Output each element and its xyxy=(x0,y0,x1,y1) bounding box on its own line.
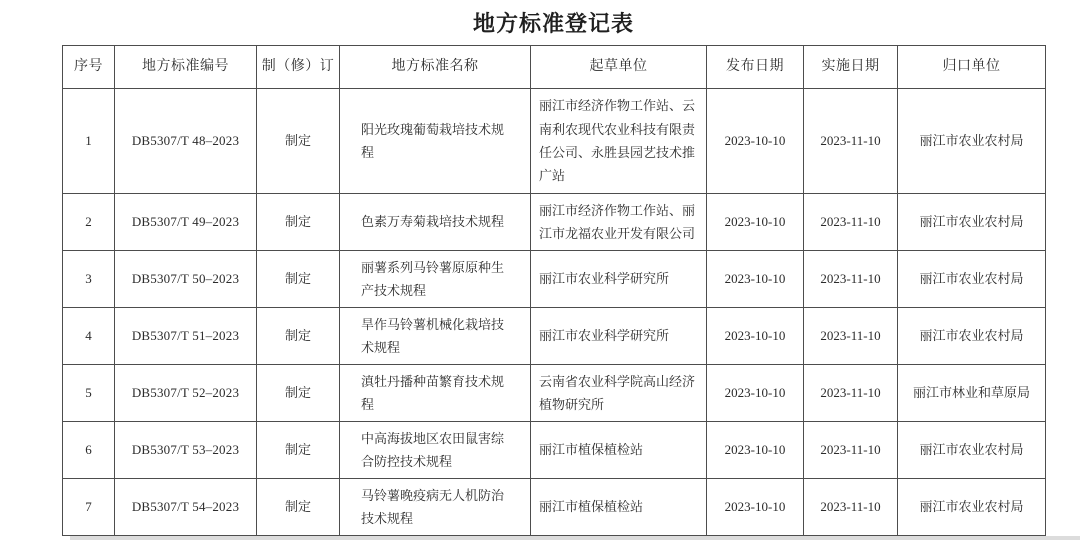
cell-standard-name: 阳光玫瑰葡萄栽培技术规程 xyxy=(340,89,531,194)
cell-publish-date: 2023-10-10 xyxy=(707,251,804,308)
cell-authority-unit: 丽江市农业农村局 xyxy=(898,422,1046,479)
cell-revision-type: 制定 xyxy=(257,89,340,194)
header-authority-unit: 归口单位 xyxy=(898,46,1046,89)
cell-drafting-unit: 丽江市农业科学研究所 xyxy=(531,308,707,365)
cell-standard-name: 马铃薯晚疫病无人机防治技术规程 xyxy=(340,479,531,536)
cell-drafting-unit: 丽江市经济作物工作站、丽江市龙福农业开发有限公司 xyxy=(531,194,707,251)
table-row: 1 DB5307/T 48–2023 制定 阳光玫瑰葡萄栽培技术规程 丽江市经济… xyxy=(63,89,1046,194)
cell-drafting-unit: 云南省农业科学院高山经济植物研究所 xyxy=(531,365,707,422)
cell-standard-name: 丽薯系列马铃薯原原种生产技术规程 xyxy=(340,251,531,308)
cell-revision-type: 制定 xyxy=(257,194,340,251)
cell-serial: 2 xyxy=(63,194,115,251)
cell-publish-date: 2023-10-10 xyxy=(707,422,804,479)
cell-serial: 3 xyxy=(63,251,115,308)
cell-drafting-unit: 丽江市植保植检站 xyxy=(531,479,707,536)
cell-authority-unit: 丽江市农业农村局 xyxy=(898,194,1046,251)
cell-publish-date: 2023-10-10 xyxy=(707,479,804,536)
header-standard-code: 地方标准编号 xyxy=(115,46,257,89)
cell-drafting-unit: 丽江市植保植检站 xyxy=(531,422,707,479)
cell-authority-unit: 丽江市林业和草原局 xyxy=(898,365,1046,422)
cell-implement-date: 2023-11-10 xyxy=(804,365,898,422)
cell-implement-date: 2023-11-10 xyxy=(804,89,898,194)
cell-implement-date: 2023-11-10 xyxy=(804,251,898,308)
cell-authority-unit: 丽江市农业农村局 xyxy=(898,89,1046,194)
cell-publish-date: 2023-10-10 xyxy=(707,194,804,251)
table-row: 4 DB5307/T 51–2023 制定 旱作马铃薯机械化栽培技术规程 丽江市… xyxy=(63,308,1046,365)
table-header-row: 序号 地方标准编号 制（修）订 地方标准名称 起草单位 发布日期 实施日期 归口… xyxy=(63,46,1046,89)
header-publish-date: 发布日期 xyxy=(707,46,804,89)
cell-standard-name: 旱作马铃薯机械化栽培技术规程 xyxy=(340,308,531,365)
header-serial: 序号 xyxy=(63,46,115,89)
cell-serial: 5 xyxy=(63,365,115,422)
cell-revision-type: 制定 xyxy=(257,365,340,422)
document-page: 地方标准登记表 序号 地方标准编号 制（修）订 地方标准名称 起草单位 发布日期… xyxy=(0,0,1080,540)
table-row: 7 DB5307/T 54–2023 制定 马铃薯晚疫病无人机防治技术规程 丽江… xyxy=(63,479,1046,536)
cell-revision-type: 制定 xyxy=(257,251,340,308)
table-row: 2 DB5307/T 49–2023 制定 色素万寿菊栽培技术规程 丽江市经济作… xyxy=(63,194,1046,251)
cell-implement-date: 2023-11-10 xyxy=(804,479,898,536)
cell-serial: 1 xyxy=(63,89,115,194)
cell-standard-name: 滇牡丹播种苗繁育技术规程 xyxy=(340,365,531,422)
page-title: 地方标准登记表 xyxy=(62,7,1045,38)
header-standard-name: 地方标准名称 xyxy=(340,46,531,89)
cell-drafting-unit: 丽江市经济作物工作站、云南利农现代农业科技有限责任公司、永胜县园艺技术推广站 xyxy=(531,89,707,194)
standards-registration-table: 序号 地方标准编号 制（修）订 地方标准名称 起草单位 发布日期 实施日期 归口… xyxy=(62,45,1046,536)
cell-standard-code: DB5307/T 48–2023 xyxy=(115,89,257,194)
cell-serial: 4 xyxy=(63,308,115,365)
cell-serial: 6 xyxy=(63,422,115,479)
cell-implement-date: 2023-11-10 xyxy=(804,194,898,251)
cell-implement-date: 2023-11-10 xyxy=(804,308,898,365)
cell-standard-code: DB5307/T 53–2023 xyxy=(115,422,257,479)
table-row: 6 DB5307/T 53–2023 制定 中高海拔地区农田鼠害综合防控技术规程… xyxy=(63,422,1046,479)
cell-implement-date: 2023-11-10 xyxy=(804,422,898,479)
header-drafting-unit: 起草单位 xyxy=(531,46,707,89)
header-revision-type: 制（修）订 xyxy=(257,46,340,89)
cell-standard-name: 中高海拔地区农田鼠害综合防控技术规程 xyxy=(340,422,531,479)
cell-standard-code: DB5307/T 54–2023 xyxy=(115,479,257,536)
cell-authority-unit: 丽江市农业农村局 xyxy=(898,251,1046,308)
cell-publish-date: 2023-10-10 xyxy=(707,89,804,194)
cell-authority-unit: 丽江市农业农村局 xyxy=(898,479,1046,536)
cell-revision-type: 制定 xyxy=(257,422,340,479)
header-implement-date: 实施日期 xyxy=(804,46,898,89)
cell-publish-date: 2023-10-10 xyxy=(707,365,804,422)
cell-standard-code: DB5307/T 51–2023 xyxy=(115,308,257,365)
cell-revision-type: 制定 xyxy=(257,479,340,536)
cell-authority-unit: 丽江市农业农村局 xyxy=(898,308,1046,365)
cell-standard-code: DB5307/T 52–2023 xyxy=(115,365,257,422)
scan-edge-shadow xyxy=(70,536,1080,540)
table-row: 3 DB5307/T 50–2023 制定 丽薯系列马铃薯原原种生产技术规程 丽… xyxy=(63,251,1046,308)
table-row: 5 DB5307/T 52–2023 制定 滇牡丹播种苗繁育技术规程 云南省农业… xyxy=(63,365,1046,422)
cell-publish-date: 2023-10-10 xyxy=(707,308,804,365)
cell-revision-type: 制定 xyxy=(257,308,340,365)
cell-standard-code: DB5307/T 49–2023 xyxy=(115,194,257,251)
cell-standard-code: DB5307/T 50–2023 xyxy=(115,251,257,308)
cell-standard-name: 色素万寿菊栽培技术规程 xyxy=(340,194,531,251)
cell-drafting-unit: 丽江市农业科学研究所 xyxy=(531,251,707,308)
cell-serial: 7 xyxy=(63,479,115,536)
